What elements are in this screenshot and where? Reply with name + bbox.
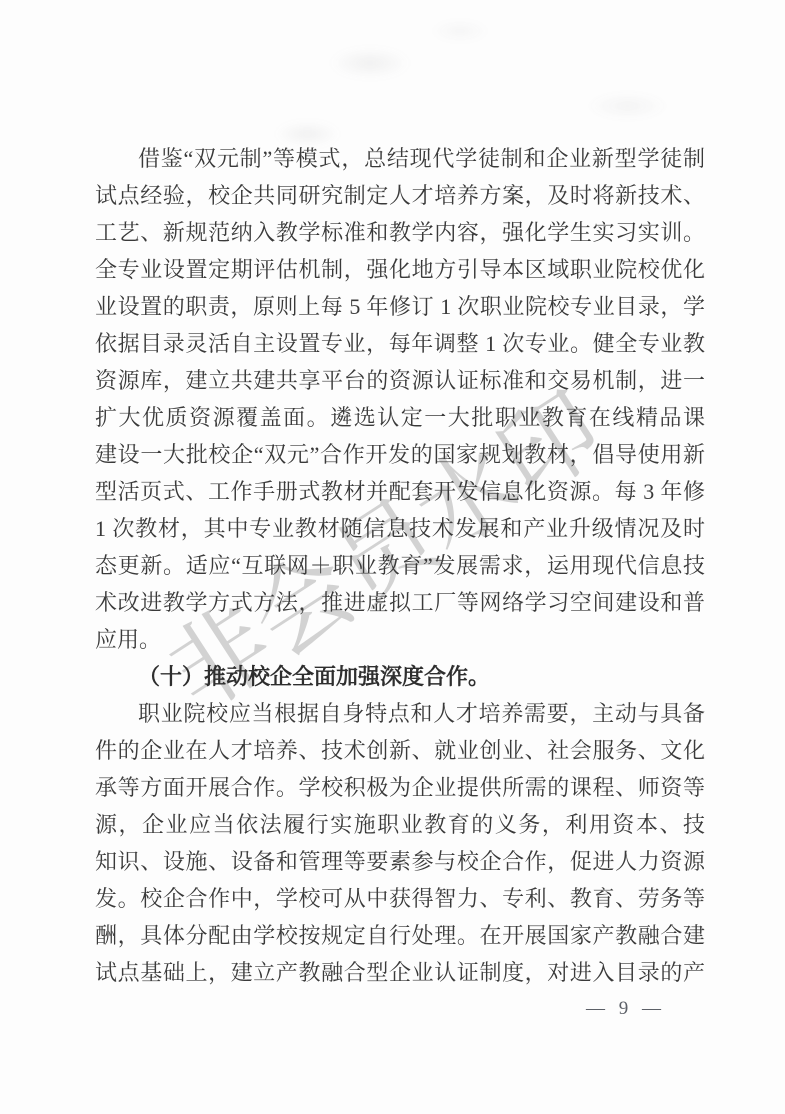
paragraph1-line: 型活页式、工作手册式教材并配套开发信息化资源。每 3 年修订 <box>95 473 705 510</box>
paragraph1-line: 依据目录灵活自主设置专业，每年调整 1 次专业。健全专业教学 <box>95 325 705 362</box>
paragraph2-line: 酬，具体分配由学校按规定自行处理。在开展国家产教融合建设 <box>95 917 705 954</box>
document-body: 借鉴“双元制”等模式，总结现代学徒制和企业新型学徒制 试点经验，校企共同研究制定… <box>95 140 705 991</box>
paragraph1-line: 建设一大批校企“双元”合作开发的国家规划教材，倡导使用新 <box>95 436 705 473</box>
paragraph1-line: 应用。 <box>95 621 705 658</box>
paragraph2-line: 源，企业应当依法履行实施职业教育的义务，利用资本、技术、 <box>95 806 705 843</box>
document-page: 非会员水印 借鉴“双元制”等模式，总结现代学徒制和企业新型学徒制 试点经验，校企… <box>0 0 785 1114</box>
paragraph1-line: 工艺、新规范纳入教学标准和教学内容，强化学生实习实训。健 <box>95 214 705 251</box>
paragraph2-line: 试点基础上，建立产教融合型企业认证制度，对进入目录的产教 <box>95 954 705 991</box>
page-number: — 9 — <box>586 998 662 1020</box>
scan-smudge <box>430 20 490 42</box>
paragraph1-line: 业设置的职责，原则上每 5 年修订 1 次职业院校专业目录，学校 <box>95 288 705 325</box>
paragraph2-line: 件的企业在人才培养、技术创新、就业创业、社会服务、文化传 <box>95 732 705 769</box>
paragraph2-line: 承等方面开展合作。学校积极为企业提供所需的课程、师资等资 <box>95 769 705 806</box>
paragraph1-line: 态更新。适应“互联网＋职业教育”发展需求，运用现代信息技 <box>95 547 705 584</box>
paragraph1-line: 借鉴“双元制”等模式，总结现代学徒制和企业新型学徒制 <box>95 140 705 177</box>
paragraph1-line: 资源库，建立共建共享平台的资源认证标准和交易机制，进一步 <box>95 362 705 399</box>
paragraph2-line: 职业院校应当根据自身特点和人才培养需要，主动与具备条 <box>95 695 705 732</box>
paragraph2-line: 发。校企合作中，学校可从中获得智力、专利、教育、劳务等报 <box>95 880 705 917</box>
scan-smudge <box>330 48 410 78</box>
paragraph1-line: 试点经验，校企共同研究制定人才培养方案，及时将新技术、新 <box>95 177 705 214</box>
paragraph2-line: 知识、设施、设备和管理等要素参与校企合作，促进人力资源开 <box>95 843 705 880</box>
paragraph1-line: 扩大优质资源覆盖面。遴选认定一大批职业教育在线精品课程， <box>95 399 705 436</box>
paragraph1-line: 术改进教学方式方法，推进虚拟工厂等网络学习空间建设和普遍 <box>95 584 705 621</box>
paragraph1-line: 1 次教材，其中专业教材随信息技术发展和产业升级情况及时动 <box>95 510 705 547</box>
section-heading: （十）推动校企全面加强深度合作。 <box>95 658 705 695</box>
scan-smudge <box>585 92 670 120</box>
paragraph1-line: 全专业设置定期评估机制，强化地方引导本区域职业院校优化专 <box>95 251 705 288</box>
